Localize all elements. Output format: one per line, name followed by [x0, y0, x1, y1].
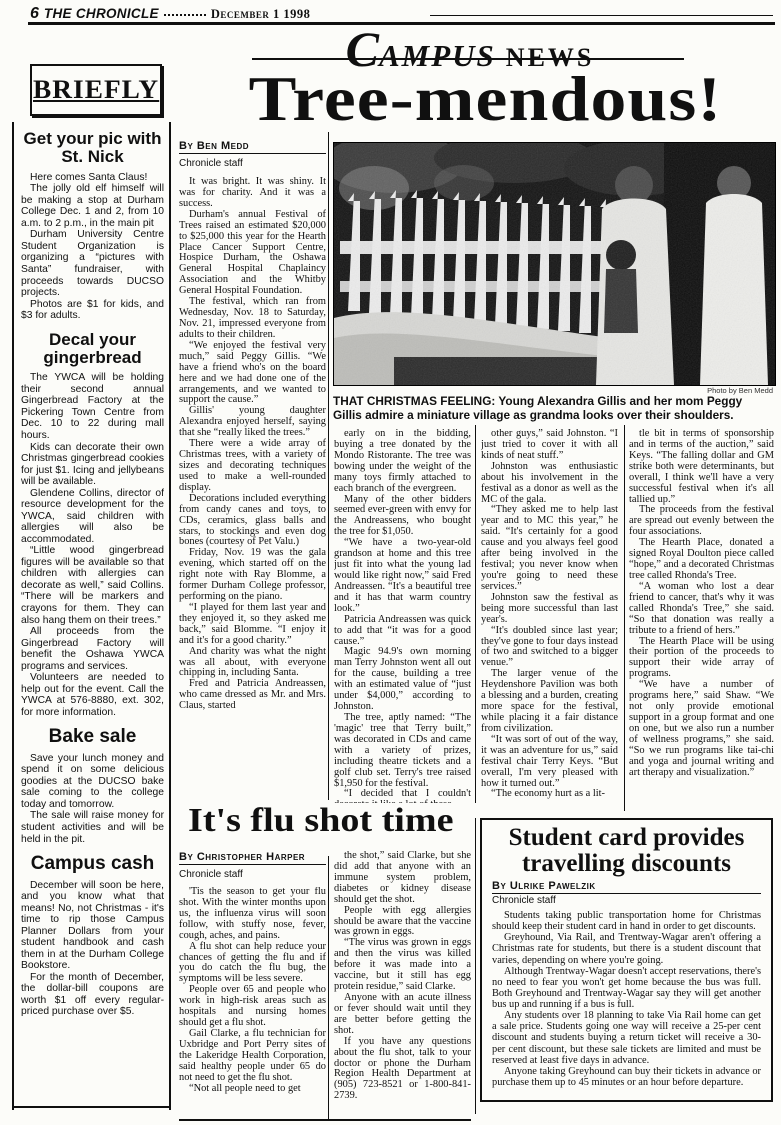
paragraph: “The virus was grown in eggs and then th…	[334, 938, 471, 993]
byline-staff: Chronicle staff	[179, 869, 326, 880]
masthead-title: THE CHRONICLE	[44, 6, 159, 21]
paragraph: “We have a number of programs here,” sai…	[629, 680, 774, 778]
dotted-leader	[164, 14, 206, 16]
paragraph: Volunteers are needed to help out for th…	[21, 672, 164, 718]
paragraph: Johnston was enthusiastic about his invo…	[481, 462, 618, 506]
paragraph: Anyone taking Greyhound can buy their ti…	[492, 1066, 761, 1088]
paragraph: The proceeds from the festival are sprea…	[629, 505, 774, 538]
paragraph: Fred and Patricia Andreassen, who came d…	[179, 679, 326, 712]
photo-caption: THAT CHRISTMAS FEELING: Young Alexandra …	[333, 395, 774, 422]
divider	[475, 425, 476, 803]
paragraph: The YWCA will be holding their second an…	[21, 372, 164, 441]
briefly-title: BRIEFLY	[33, 75, 159, 105]
brief-body: The YWCA will be holding their second an…	[21, 372, 164, 718]
page-number: 6	[30, 5, 39, 23]
paragraph: December will soon be here, and you know…	[21, 880, 164, 972]
main-headline: Tree-mendous!	[164, 62, 781, 136]
paragraph: Save your lunch money and spend it on so…	[21, 753, 164, 811]
brief-item: Decal your gingerbread The YWCA will be …	[21, 331, 164, 719]
paragraph: There were a wide array of Christmas tre…	[179, 439, 326, 494]
paragraph: Many of the other bidders seemed ever-gr…	[334, 495, 471, 539]
brief-item: Campus cash December will soon be here, …	[21, 854, 164, 1018]
divider	[252, 58, 684, 60]
paragraph: Although Trentway-Wagar doesn't accept r…	[492, 966, 761, 1011]
paragraph: The festival, which ran from Wednesday, …	[179, 297, 326, 341]
paragraph: Johnston saw the festival as being more …	[481, 593, 618, 626]
brief-item: Get your pic with St. Nick Here comes Sa…	[21, 130, 164, 322]
brief-heading: Campus cash	[21, 854, 164, 875]
paragraph: The jolly old elf himself will be making…	[21, 183, 164, 229]
paragraph: the shot,” said Clarke, but she did add …	[334, 851, 471, 906]
article-column: other guys,” said Johnston. “I just trie…	[481, 429, 618, 803]
paragraph: If you have any questions about the flu …	[334, 1037, 471, 1103]
article-column: It was bright. It was shiny. It was for …	[179, 177, 326, 818]
divider	[12, 1106, 170, 1108]
photo-illustration	[334, 143, 775, 385]
divider	[328, 132, 329, 800]
brief-heading: Get your pic with St. Nick	[21, 130, 164, 167]
paragraph: The Hearth Place, donated a signed Royal…	[629, 538, 774, 582]
paragraph: Here comes Santa Claus!	[21, 172, 164, 184]
paragraph: People over 65 and people who work in hi…	[179, 985, 326, 1029]
paragraph: Gillis' young daughter Alexandra enjoyed…	[179, 406, 326, 439]
photo	[333, 142, 776, 386]
brief-item: Bake sale Save your lunch money and spen…	[21, 727, 164, 845]
paragraph: other guys,” said Johnston. “I just trie…	[481, 429, 618, 462]
paragraph: People with egg allergies should be awar…	[334, 906, 471, 939]
divider	[12, 122, 14, 1110]
student-card-box: Student card provides travelling discoun…	[480, 818, 773, 1102]
briefly-sidebar: Get your pic with St. Nick Here comes Sa…	[21, 124, 164, 1102]
paragraph: The sale will raise money for student ac…	[21, 810, 164, 845]
paragraph: The larger venue of the Heydenshore Pavi…	[481, 669, 618, 735]
paragraph: Decorations included everything from can…	[179, 494, 326, 549]
student-headline-line2: travelling discounts	[492, 851, 761, 877]
brief-body: Save your lunch money and spend it on so…	[21, 753, 164, 845]
paragraph: Glendene Collins, director of resource d…	[21, 488, 164, 546]
paragraph: All proceeds from the Gingerbread Factor…	[21, 626, 164, 672]
byline-author: By Christopher Harper	[179, 851, 326, 863]
brief-heading: Decal your gingerbread	[21, 331, 164, 368]
byline-staff: Chronicle staff	[179, 158, 326, 169]
paragraph: “It was sort of out of the way, it was a…	[481, 735, 618, 790]
divider	[328, 856, 329, 1120]
paragraph: Durham University Centre Student Organiz…	[21, 229, 164, 298]
article-column: early on in the bidding, buying a tree d…	[334, 429, 471, 803]
divider	[475, 818, 476, 1114]
paragraph: Patricia Andreassen was quick to add tha…	[334, 615, 471, 648]
paragraph: Durham's annual Festival of Trees raised…	[179, 210, 326, 297]
briefly-box: BRIEFLY	[30, 64, 162, 116]
paragraph: tle bit in terms of sponsorship and in t…	[629, 429, 774, 505]
article-column: 'Tis the season to get your flu shot. Wi…	[179, 887, 326, 1121]
paragraph: And charity was what the night was all a…	[179, 647, 326, 680]
byline-author: By Ben Medd	[179, 140, 326, 152]
paragraph: Any students over 18 planning to take Vi…	[492, 1010, 761, 1066]
paragraph: “We have a two-year-old grandson at home…	[334, 538, 471, 614]
paragraph: The Hearth Place will be using their por…	[629, 637, 774, 681]
paragraph: “We enjoyed the festival very much,” sai…	[179, 341, 326, 407]
brief-body: December will soon be here, and you know…	[21, 880, 164, 1018]
paragraph: For the month of December, the dollar-bi…	[21, 972, 164, 1018]
paragraph: The tree, aptly named: “The 'magic' tree…	[334, 713, 471, 789]
paragraph: “They asked me to help last year and to …	[481, 505, 618, 592]
article-column: the shot,” said Clarke, but she did add …	[334, 851, 471, 1119]
divider	[179, 1119, 471, 1121]
paragraph: Greyhound, Via Rail, and Trentway-Wagar …	[492, 932, 761, 965]
article-column: Students taking public transportation ho…	[492, 910, 761, 1106]
paragraph: Gail Clarke, a flu technician for Uxbrid…	[179, 1029, 326, 1084]
paragraph: Magic 94.9's own morning man Terry Johns…	[334, 647, 471, 713]
paragraph: “I decided that I couldn't decorate it l…	[334, 789, 471, 803]
paragraph: Anyone with an acute illness or fever sh…	[334, 993, 471, 1037]
flu-headline: It's flu shot time	[188, 802, 454, 840]
flu-byline: By Christopher Harper	[179, 851, 326, 865]
paragraph: early on in the bidding, buying a tree d…	[334, 429, 471, 495]
paragraph: 'Tis the season to get your flu shot. Wi…	[179, 887, 326, 942]
newspaper-page: 6 THE CHRONICLE December 1 1998 CAMPUSNE…	[0, 0, 781, 1125]
paragraph: “Little wood gingerbread figures will be…	[21, 545, 164, 626]
brief-body: Here comes Santa Claus!The jolly old elf…	[21, 172, 164, 322]
paragraph: “It's doubled since last year; they've g…	[481, 626, 618, 670]
paragraph: A flu shot can help reduce your chances …	[179, 942, 326, 986]
paragraph: Photos are $1 for kids, and $3 for adult…	[21, 299, 164, 322]
paragraph: Friday, Nov. 19 was the gala evening, wh…	[179, 548, 326, 603]
byline-author: By Ulrike Pawelzik	[492, 880, 761, 892]
paragraph: It was bright. It was shiny. It was for …	[179, 177, 326, 210]
paragraph: Kids can decorate their own Christmas gi…	[21, 442, 164, 488]
paragraph: “I played for them last year and they en…	[179, 603, 326, 647]
brief-heading: Bake sale	[21, 727, 164, 748]
paragraph: “A woman who lost a dear friend to cance…	[629, 582, 774, 637]
divider	[169, 122, 171, 1110]
divider	[624, 425, 625, 811]
student-byline: By Ulrike Pawelzik	[492, 880, 761, 894]
paragraph: “Not all people need to get	[179, 1084, 326, 1095]
student-headline-line1: Student card provides	[492, 825, 761, 851]
main-byline: By Ben Medd	[179, 140, 326, 154]
byline-staff: Chronicle staff	[492, 895, 761, 906]
divider	[430, 15, 773, 16]
article-column: tle bit in terms of sponsorship and in t…	[629, 429, 774, 809]
paragraph: “The economy hurt as a lit-	[481, 789, 618, 800]
paragraph: Students taking public transportation ho…	[492, 910, 761, 932]
